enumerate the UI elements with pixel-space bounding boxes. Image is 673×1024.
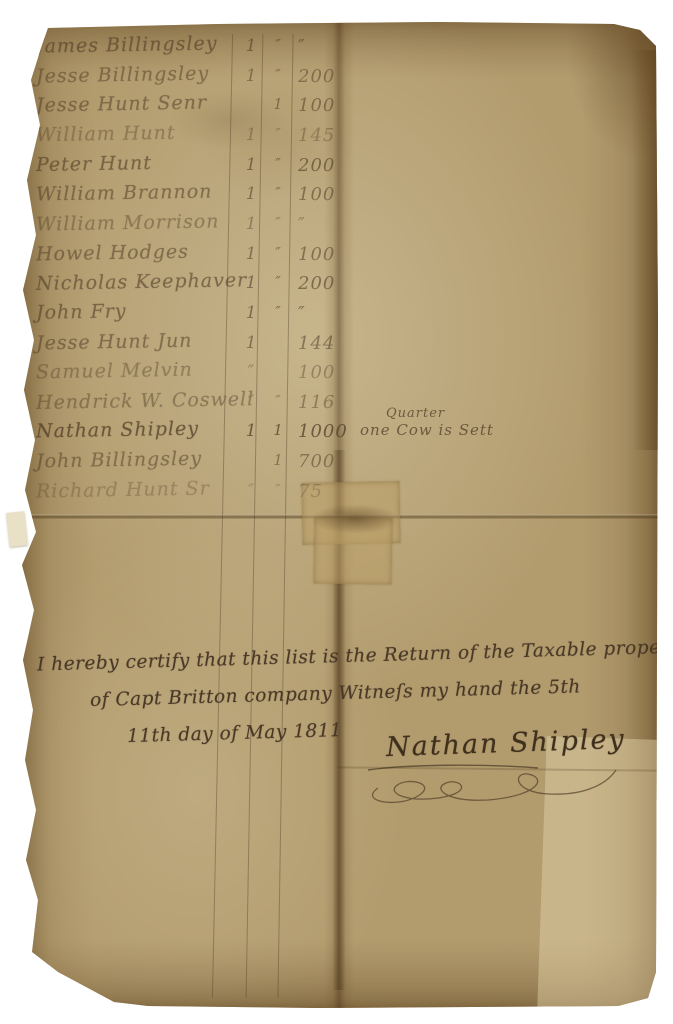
taxpayer-name: Jesse Hunt Jun — [36, 330, 193, 355]
tape-fragment-left-edge — [6, 511, 27, 547]
tally-column-1: 1 — [236, 66, 266, 86]
row-annotation-superscript: Quarter — [386, 406, 445, 421]
table-row: Jesse Billingsley1″200 — [18, 64, 658, 94]
tally-column-2: ″ — [264, 125, 292, 143]
tally-column-2: ″ — [264, 155, 292, 173]
amount-column: ″ — [298, 214, 358, 235]
taxpayer-name: John Fry — [36, 300, 127, 324]
amount-column: 100 — [298, 362, 358, 383]
taxpayer-name: William Morrison — [36, 210, 220, 235]
taxpayer-name: Howel Hodges — [36, 241, 189, 266]
table-row: William Morrison1″″ — [18, 212, 658, 242]
tally-column-2: ″ — [264, 244, 292, 262]
tally-column-2: ″ — [264, 184, 292, 202]
tally-column-1: 1 — [236, 421, 266, 441]
table-row: John Fry1″″ — [18, 301, 658, 331]
tally-column-1: 1 — [236, 214, 266, 234]
tally-column-2: ″ — [264, 66, 292, 84]
table-row: Richard Hunt Sr″″75 — [18, 479, 658, 509]
aged-paper-sheet: James Billingsley1″″Jesse Billingsley1″2… — [18, 20, 658, 1008]
tally-column-1: 1 — [236, 333, 266, 353]
taxpayer-name: Jesse Hunt Senr — [36, 92, 207, 117]
tally-column-2: 1 — [264, 421, 292, 439]
amount-column: 700 — [298, 451, 358, 472]
taxpayer-name: Jesse Billingsley — [36, 62, 209, 87]
amount-column: 100 — [298, 184, 358, 205]
taxpayer-name: Hendrick W. Coswell — [36, 388, 255, 414]
tally-column-2: ″ — [264, 214, 292, 232]
tally-column-2: ″ — [264, 392, 292, 410]
tally-column-1: 1 — [236, 184, 266, 204]
table-row: Samuel Melvin″100 — [18, 360, 658, 390]
table-row: William Brannon1″100 — [18, 182, 658, 212]
table-row: John Billingsley1700 — [18, 449, 658, 479]
amount-column: 200 — [298, 155, 358, 176]
table-row: James Billingsley1″″ — [18, 34, 658, 64]
amount-column: 1000 — [298, 421, 358, 442]
table-row: Peter Hunt1″200 — [18, 153, 658, 183]
amount-column: 100 — [298, 95, 358, 116]
tally-column-2: ″ — [264, 303, 292, 321]
tally-column-2: ″ — [264, 36, 292, 54]
tally-column-1: ″ — [236, 392, 266, 412]
tally-column-1: 1 — [236, 244, 266, 264]
table-row: Hendrick W. Coswell″″116 — [18, 390, 658, 420]
table-row: Jesse Hunt Senr1100 — [18, 93, 658, 123]
signature-flourish — [348, 758, 628, 818]
taxpayer-name: Richard Hunt Sr — [36, 477, 210, 502]
tally-column-1: 1 — [236, 155, 266, 175]
amount-column: ″ — [298, 36, 358, 57]
taxpayer-name: William Hunt — [36, 122, 176, 146]
tally-column-1: 1 — [236, 273, 266, 293]
amount-column: ″ — [298, 303, 358, 324]
taxpayer-name: William Brannon — [36, 180, 213, 205]
taxpayer-name: Peter Hunt — [36, 152, 152, 176]
table-row: Nathan Shipley111000one Cow is SettQuart… — [18, 419, 658, 449]
tally-column-2: 1 — [264, 451, 292, 469]
tally-column-1: ″ — [236, 362, 266, 382]
tally-column-1: ″ — [236, 481, 266, 501]
amount-column: 116 — [298, 392, 358, 413]
row-annotation: one Cow is SettQuarter — [360, 421, 494, 439]
amount-column: 100 — [298, 244, 358, 265]
table-row: Nicholas Keephaver1″200 — [18, 271, 658, 301]
table-row: William Hunt1″145 — [18, 123, 658, 153]
tally-column-1: 1 — [236, 303, 266, 323]
amount-column: 200 — [298, 273, 358, 294]
taxpayer-name: Nathan Shipley — [36, 418, 199, 443]
tally-column-1: 1 — [236, 36, 266, 56]
amount-column: 200 — [298, 66, 358, 87]
scanned-document-page: James Billingsley1″″Jesse Billingsley1″2… — [0, 0, 673, 1024]
tally-column-2: 1 — [264, 95, 292, 113]
taxpayer-name: Samuel Melvin — [36, 359, 193, 384]
tally-column-2: ″ — [264, 481, 292, 499]
taxpayer-name: Nicholas Keephaver — [36, 269, 248, 295]
tax-roster: James Billingsley1″″Jesse Billingsley1″2… — [18, 34, 658, 534]
taxpayer-name: John Billingsley — [36, 448, 202, 473]
tally-column-1: 1 — [236, 125, 266, 145]
taxpayer-name: James Billingsley — [36, 32, 218, 57]
amount-column: 145 — [298, 125, 358, 146]
table-row: Jesse Hunt Jun1144 — [18, 331, 658, 361]
table-row: Howel Hodges1″100 — [18, 242, 658, 272]
amount-column: 144 — [298, 333, 358, 354]
amount-column: 75 — [298, 481, 358, 502]
tally-column-2: ″ — [264, 273, 292, 291]
